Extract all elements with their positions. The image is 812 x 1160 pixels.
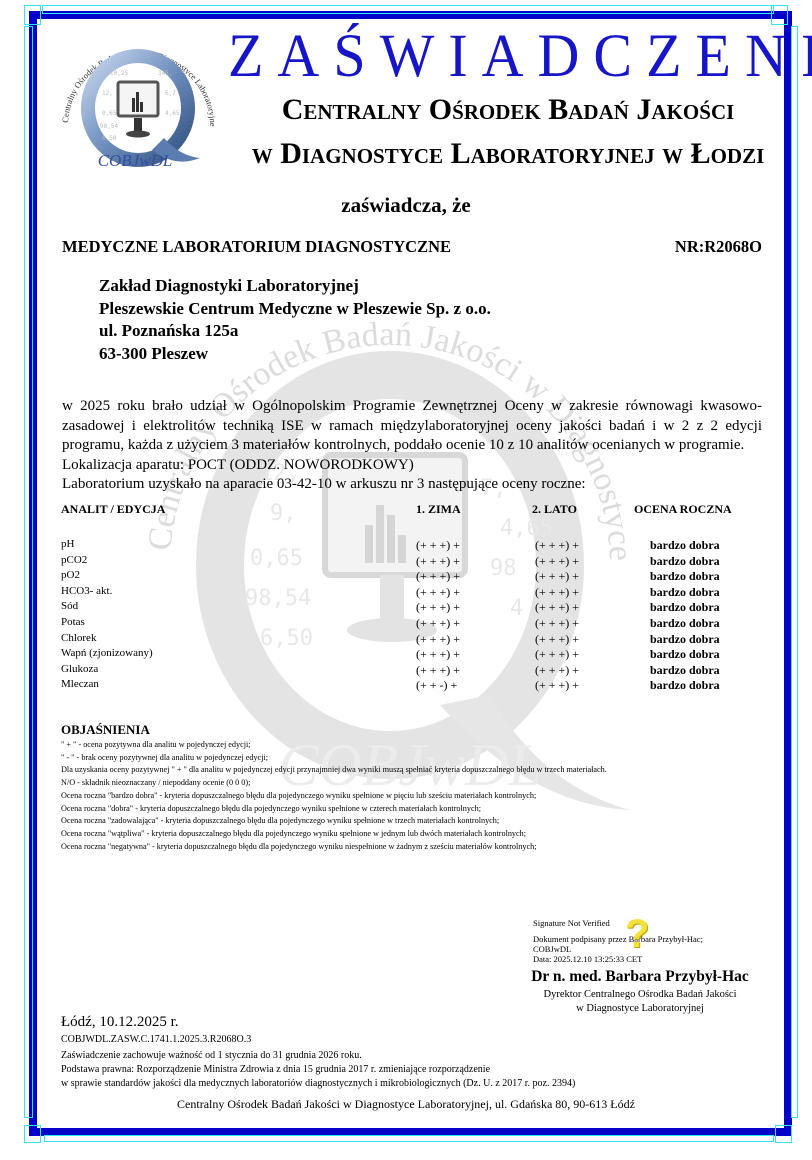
col-header-lato: 2. LATO — [532, 502, 577, 517]
zima-cell: (+ + +) + — [416, 569, 460, 584]
svg-text:98,54: 98,54 — [100, 123, 118, 130]
question-mark-icon: ? — [625, 912, 649, 957]
address-line: 63-300 Pleszew — [99, 343, 491, 366]
document-code: COBJWDL.ZASW.C.1741.1.2025.3.R2068O.3 — [61, 1034, 251, 1045]
issuer-name-line1: Centralny Ośrodek Badań Jakości — [228, 93, 788, 127]
analyte-cell: pH — [61, 538, 74, 550]
annual-rating-cell: bardzo dobra — [650, 569, 720, 584]
annual-rating-cell: bardzo dobra — [650, 554, 720, 569]
address-line: ul. Poznańska 125a — [99, 320, 491, 343]
analyte-cell: HCO3- akt. — [61, 585, 112, 597]
logo-caption: COBJwDL — [98, 151, 173, 170]
zima-cell: (+ + +) + — [416, 554, 460, 569]
lab-number: NR:R2068O — [675, 237, 762, 257]
analyte-cell: pCO2 — [61, 554, 87, 566]
annual-rating-cell: bardzo dobra — [650, 647, 720, 662]
svg-text:12,: 12, — [102, 90, 113, 97]
intro-paragraph: w 2025 roku brało udział w Ogólnopolskim… — [62, 397, 762, 456]
annual-rating-cell: bardzo dobra — [650, 663, 720, 678]
analyte-cell: Sód — [61, 600, 78, 612]
explanation-line: Ocena roczna "dobra" - kryteria dopuszcz… — [61, 803, 607, 816]
legal-line: w sprawie standardów jakości dla medyczn… — [61, 1077, 575, 1091]
svg-text:345,: 345, — [158, 70, 172, 77]
explanation-line: Dla uzyskania oceny pozytywnej " + " dla… — [61, 764, 607, 777]
lato-cell: (+ + +) + — [535, 663, 579, 678]
zima-cell: (+ + +) + — [416, 647, 460, 662]
signer-role: Dyrektor Centralnego Ośrodka Badań Jakoś… — [480, 988, 800, 1016]
table-row: HCO3- akt.(+ + +) +(+ + +) +bardzo dobra — [0, 585, 812, 601]
zima-cell: (+ + +) + — [416, 600, 460, 615]
lato-cell: (+ + +) + — [535, 678, 579, 693]
svg-text:0,65: 0,65 — [102, 110, 117, 117]
col-header-zima: 1. ZIMA — [416, 502, 461, 517]
lato-cell: (+ + +) + — [535, 647, 579, 662]
digital-signature-block: Signature Not Verified Dokument podpisan… — [533, 918, 703, 964]
address-line: Pleszewskie Centrum Medyczne w Pleszewie… — [99, 298, 491, 321]
document-title: ZAŚWIADCZENIE — [228, 20, 788, 90]
signer-name: Dr n. med. Barbara Przybył-Hac — [480, 968, 800, 986]
lato-cell: (+ + +) + — [535, 538, 579, 553]
issuer-name-line2: w Diagnostyce Laboratoryjnej w Łodzi — [228, 137, 788, 171]
lato-cell: (+ + +) + — [535, 585, 579, 600]
explanation-line: N/O - składnik nieoznaczany / niepoddany… — [61, 777, 607, 790]
explanations-list: " + " - ocena pozytywna dla analitu w po… — [61, 739, 607, 853]
explanation-line: Ocena roczna "negatywna" - kryteria dopu… — [61, 841, 607, 854]
annual-rating-cell: bardzo dobra — [650, 538, 720, 553]
table-row: Mleczan(+ + -) +(+ + +) +bardzo dobra — [0, 678, 812, 694]
analyte-cell: Potas — [61, 616, 85, 628]
table-row: Sód(+ + +) +(+ + +) +bardzo dobra — [0, 600, 812, 616]
analyte-cell: Mleczan — [61, 678, 99, 690]
certifies-text: zaświadcza, że — [0, 193, 812, 218]
svg-text:10,25: 10,25 — [110, 70, 128, 77]
validity-text: Zaświadczenie zachowuje ważność od 1 sty… — [61, 1050, 362, 1061]
lab-type: MEDYCZNE LABORATORIUM DIAGNOSTYCZNE — [62, 237, 451, 257]
cobjwdl-logo: Centralny Ośrodek Badań Jakości w Diagno… — [40, 30, 230, 170]
explanation-line: Ocena roczna "wątpliwa" - kryteria dopus… — [61, 828, 607, 841]
table-row: pCO2(+ + +) +(+ + +) +bardzo dobra — [0, 554, 812, 570]
zima-cell: (+ + +) + — [416, 616, 460, 631]
lato-cell: (+ + +) + — [535, 632, 579, 647]
table-row: Glukoza(+ + +) +(+ + +) +bardzo dobra — [0, 663, 812, 679]
signer-role-line: w Diagnostyce Laboratoryjnej — [480, 1002, 800, 1016]
explanation-line: " + " - ocena pozytywna dla analitu w po… — [61, 739, 607, 752]
address-line: Zakład Diagnostyki Laboratoryjnej — [99, 275, 491, 298]
col-header-analyte: ANALIT / EDYCJA — [61, 502, 165, 517]
legal-basis: Podstawa prawna: Rozporządzenie Ministra… — [61, 1063, 575, 1091]
annual-rating-cell: bardzo dobra — [650, 678, 720, 693]
lato-cell: (+ + +) + — [535, 569, 579, 584]
col-header-annual: OCENA ROCZNA — [634, 502, 732, 517]
issuer-address: Centralny Ośrodek Badań Jakości w Diagno… — [0, 1097, 812, 1112]
place-and-date: Łódź, 10.12.2025 r. — [61, 1014, 179, 1031]
zima-cell: (+ + +) + — [416, 632, 460, 647]
svg-text:4,65: 4,65 — [165, 110, 180, 117]
intro-text: w 2025 roku brało udział w Ogólnopolskim… — [62, 397, 762, 495]
annual-rating-cell: bardzo dobra — [650, 600, 720, 615]
signature-org: COBJwDL — [533, 944, 703, 954]
signature-date: Data: 2025.12.10 13:25:33 CET — [533, 954, 703, 964]
legal-line: Podstawa prawna: Rozporządzenie Ministra… — [61, 1063, 575, 1077]
table-row: pO2(+ + +) +(+ + +) +bardzo dobra — [0, 569, 812, 585]
analyte-cell: Wapń (zjonizowany) — [61, 647, 153, 659]
zima-cell: (+ + +) + — [416, 663, 460, 678]
signature-status: Signature Not Verified — [533, 918, 703, 928]
svg-text:6,7: 6,7 — [165, 90, 176, 97]
signature-signed-by: Dokument podpisany przez Barbara Przybył… — [533, 934, 703, 944]
annual-rating-cell: bardzo dobra — [650, 585, 720, 600]
result-intro: Laboratorium uzyskało na aparacie 03-42-… — [62, 475, 762, 495]
analyte-cell: Glukoza — [61, 663, 98, 675]
svg-text:6,50: 6,50 — [102, 135, 117, 142]
lab-address: Zakład Diagnostyki Laboratoryjnej Plesze… — [99, 275, 491, 365]
explanation-line: " - " - brak oceny pozytywnej dla analit… — [61, 752, 607, 765]
table-row: Chlorek(+ + +) +(+ + +) +bardzo dobra — [0, 632, 812, 648]
table-row: Wapń (zjonizowany)(+ + +) +(+ + +) +bard… — [0, 647, 812, 663]
frame-edge-guide — [44, 1135, 774, 1142]
lato-cell: (+ + +) + — [535, 600, 579, 615]
annual-rating-cell: bardzo dobra — [650, 632, 720, 647]
table-row: pH(+ + +) +(+ + +) +bardzo dobra — [0, 538, 812, 554]
zima-cell: (+ + +) + — [416, 585, 460, 600]
lato-cell: (+ + +) + — [535, 616, 579, 631]
analyte-cell: Chlorek — [61, 632, 96, 644]
explanations-title: OBJAŚNIENIA — [61, 722, 150, 738]
explanation-line: Ocena roczna "zadowalająca" - kryteria d… — [61, 815, 607, 828]
table-row: Potas(+ + +) +(+ + +) +bardzo dobra — [0, 616, 812, 632]
explanation-line: Ocena roczna "bardzo dobra" - kryteria d… — [61, 790, 607, 803]
zima-cell: (+ + -) + — [416, 678, 457, 693]
annual-rating-cell: bardzo dobra — [650, 616, 720, 631]
zima-cell: (+ + +) + — [416, 538, 460, 553]
signer-role-line: Dyrektor Centralnego Ośrodka Badań Jakoś… — [480, 988, 800, 1002]
analyte-cell: pO2 — [61, 569, 80, 581]
lato-cell: (+ + +) + — [535, 554, 579, 569]
device-location: Lokalizacja aparatu: POCT (ODDZ. NOWOROD… — [62, 456, 762, 476]
